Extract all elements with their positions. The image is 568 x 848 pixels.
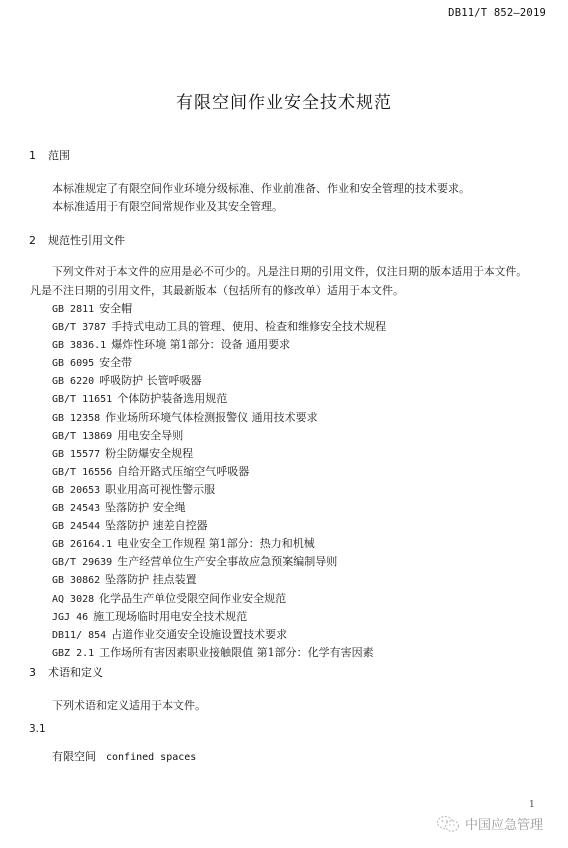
section-number: 1 (29, 149, 48, 162)
watermark-text: 中国应急管理 (465, 814, 543, 833)
page-number: 1 (529, 800, 535, 810)
reference-code: GB/T 16556 (52, 467, 112, 478)
section-heading-normative-references: 2规范性引用文件 (29, 232, 125, 248)
reference-name: 个体防护装备选用规范 (117, 392, 227, 405)
reference-code: GB 6220 (52, 376, 94, 387)
section-number: 2 (29, 234, 48, 247)
reference-name: 坠落防护 安全绳 (105, 501, 186, 514)
reference-code: GB 24543 (52, 503, 100, 514)
reference-item: GB/T 29639生产经营单位生产安全事故应急预案编制导则 (52, 553, 386, 571)
reference-code: GB/T 3787 (52, 322, 106, 333)
reference-item: GBZ 2.1工作场所有害因素职业接触限值 第1部分：化学有害因素 (52, 644, 386, 662)
reference-item: GB 20653职业用高可视性警示服 (52, 481, 386, 499)
reference-code: GB 15577 (52, 449, 100, 460)
reference-name: 施工现场临时用电安全技术规范 (93, 610, 247, 623)
reference-item: GB 15577粉尘防爆安全规程 (52, 445, 386, 463)
section-title: 规范性引用文件 (48, 234, 125, 247)
reference-name: 工作场所有害因素职业接触限值 第1部分：化学有害因素 (99, 646, 374, 659)
section-number: 3 (29, 666, 48, 679)
reference-code: GB 2811 (52, 304, 94, 315)
section-heading-terms-definitions: 3术语和定义 (29, 664, 103, 680)
section-heading-scope: 1范围 (29, 147, 70, 163)
reference-name: 占道作业交通安全设施设置技术要求 (111, 628, 287, 641)
section-title: 术语和定义 (48, 666, 103, 679)
section-title: 范围 (48, 149, 70, 162)
reference-name: 职业用高可视性警示服 (105, 483, 215, 496)
reference-code: GB 6095 (52, 358, 94, 369)
reference-item: GB/T 11651个体防护装备选用规范 (52, 390, 386, 408)
document-page: DB11/T 852—2019 有限空间作业安全技术规范 1范围 本标准规定了有… (0, 0, 568, 848)
reference-list: GB 2811安全帽 GB/T 3787手持式电动工具的管理、使用、检查和维修安… (52, 300, 386, 662)
reference-item: GB 3836.1爆炸性环境 第1部分：设备 通用要求 (52, 336, 386, 354)
reference-item: GB/T 13869用电安全导则 (52, 427, 386, 445)
reference-code: DB11/ 854 (52, 630, 106, 641)
reference-name: 呼吸防护 长管呼吸器 (99, 374, 202, 387)
reference-item: JGJ 46施工现场临时用电安全技术规范 (52, 608, 386, 626)
reference-item: GB 6220呼吸防护 长管呼吸器 (52, 372, 386, 390)
reference-code: GB/T 29639 (52, 557, 112, 568)
paragraph: 本标准规定了有限空间作业环境分级标准、作业前准备、作业和安全管理的技术要求。 (52, 180, 470, 196)
reference-item: GB 24544坠落防护 速差自控器 (52, 517, 386, 535)
term-chinese: 有限空间 (52, 750, 96, 763)
term-number: 3.1 (29, 723, 46, 735)
reference-code: GBZ 2.1 (52, 648, 94, 659)
reference-name: 手持式电动工具的管理、使用、检查和维修安全技术规程 (111, 320, 386, 333)
reference-name: 化学品生产单位受限空间作业安全规范 (99, 592, 286, 605)
reference-item: DB11/ 854占道作业交通安全设施设置技术要求 (52, 626, 386, 644)
reference-code: GB 24544 (52, 521, 100, 532)
reference-name: 用电安全导则 (117, 429, 183, 442)
watermark: 中国应急管理 (436, 814, 543, 833)
document-code: DB11/T 852—2019 (448, 7, 546, 19)
reference-name: 自给开路式压缩空气呼吸器 (117, 465, 249, 478)
reference-item: GB 24543坠落防护 安全绳 (52, 499, 386, 517)
reference-code: GB 12358 (52, 413, 100, 424)
reference-code: GB 3836.1 (52, 340, 106, 351)
reference-item: GB 12358作业场所环境气体检测报警仪 通用技术要求 (52, 409, 386, 427)
reference-item: GB 26164.1电业安全工作规程 第1部分：热力和机械 (52, 535, 386, 553)
reference-code: GB 30862 (52, 575, 100, 586)
reference-name: 电业安全工作规程 第1部分：热力和机械 (117, 537, 315, 550)
reference-item: GB/T 16556自给开路式压缩空气呼吸器 (52, 463, 386, 481)
term-english: confined spaces (106, 752, 196, 763)
paragraph: 下列文件对于本文件的应用是必不可少的。凡是注日期的引用文件，仅注日期的版本适用于… (52, 264, 527, 279)
reference-code: GB 26164.1 (52, 539, 112, 550)
reference-name: 安全帽 (99, 302, 132, 315)
reference-code: GB/T 11651 (52, 394, 112, 405)
reference-code: JGJ 46 (52, 612, 88, 623)
reference-code: AQ 3028 (52, 594, 94, 605)
reference-name: 生产经营单位生产安全事故应急预案编制导则 (117, 555, 337, 568)
reference-name: 坠落防护 挂点装置 (105, 573, 197, 586)
reference-code: GB 20653 (52, 485, 100, 496)
reference-item: GB 2811安全帽 (52, 300, 386, 318)
reference-name: 作业场所环境气体检测报警仪 通用技术要求 (105, 411, 318, 424)
reference-name: 粉尘防爆安全规程 (105, 447, 193, 460)
reference-name: 安全带 (99, 356, 132, 369)
paragraph: 凡是不注日期的引用文件，其最新版本（包括所有的修改单）适用于本文件。 (30, 282, 404, 298)
reference-name: 坠落防护 速差自控器 (105, 519, 208, 532)
reference-item: GB/T 3787手持式电动工具的管理、使用、检查和维修安全技术规程 (52, 318, 386, 336)
paragraph: 本标准适用于有限空间常规作业及其安全管理。 (52, 198, 283, 214)
reference-item: AQ 3028化学品生产单位受限空间作业安全规范 (52, 590, 386, 608)
document-title: 有限空间作业安全技术规范 (0, 88, 568, 113)
paragraph: 下列术语和定义适用于本文件。 (52, 697, 206, 713)
term-entry: 有限空间confined spaces (52, 748, 196, 764)
reference-name: 爆炸性环境 第1部分：设备 通用要求 (111, 338, 290, 351)
reference-code: GB/T 13869 (52, 431, 112, 442)
reference-item: GB 30862坠落防护 挂点装置 (52, 571, 386, 589)
reference-item: GB 6095安全带 (52, 354, 386, 372)
wechat-icon (436, 815, 460, 833)
